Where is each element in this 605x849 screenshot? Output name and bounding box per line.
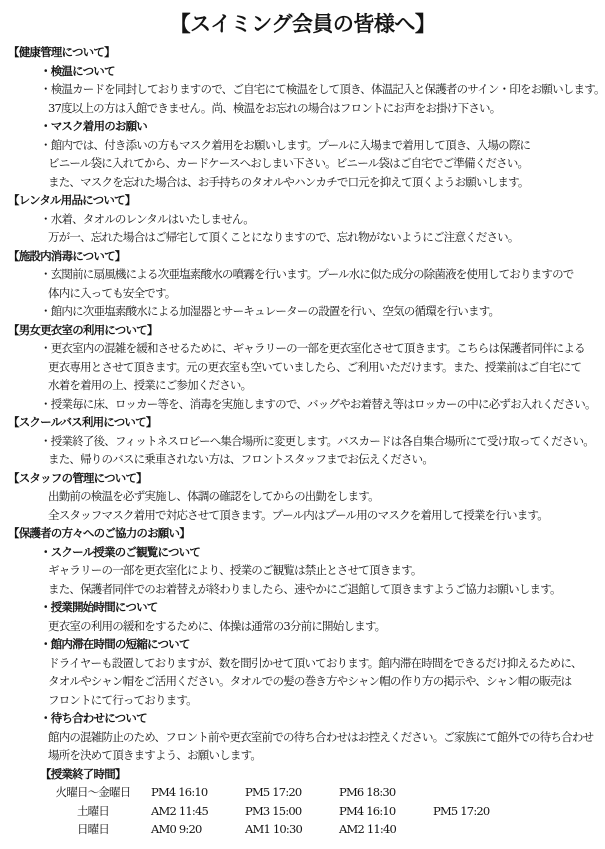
schedule-time bbox=[433, 783, 527, 802]
section-heading: 【スクールバス利用について】 bbox=[8, 413, 601, 432]
text-line: ・館内では、付き添いの方もマスク着用をお願いします。プールに入場まで着用して頂き… bbox=[40, 136, 601, 155]
topic-line: ・検温について bbox=[40, 62, 601, 81]
schedule-day: 土曜日 bbox=[35, 802, 151, 821]
schedule-time: PM5 17:20 bbox=[245, 783, 339, 802]
schedule-time bbox=[433, 820, 527, 839]
schedule-time: AM0 9:20 bbox=[151, 820, 245, 839]
page-title: 【スイミング会員の皆様へ】 bbox=[0, 0, 605, 37]
section: 【健康管理について】・検温について・検温カードを同封しておりますので、ご自宅にて… bbox=[8, 43, 601, 191]
section-heading: 【施設内消毒について】 bbox=[8, 247, 601, 266]
text-line: ・水着、タオルのレンタルはいたしません。 bbox=[40, 210, 601, 229]
section-heading: 【スタッフの管理について】 bbox=[8, 469, 601, 488]
topic-line: ・マスク着用のお願い bbox=[40, 117, 601, 136]
schedule-day: 日曜日 bbox=[35, 820, 151, 839]
document-page: 【スイミング会員の皆様へ】 【健康管理について】・検温について・検温カードを同封… bbox=[0, 0, 605, 849]
section: 【男女更衣室の利用について】・更衣室内の混雑を緩和させるために、ギャラリーの一部… bbox=[8, 321, 601, 414]
section: 【レンタル用品について】・水着、タオルのレンタルはいたしません。万が一、忘れた場… bbox=[8, 191, 601, 247]
schedule-time: PM4 16:10 bbox=[339, 802, 433, 821]
text-line: ・館内に次亜塩素酸水による加湿器とサーキュレーターの設置を行い、空気の循環を行い… bbox=[40, 302, 601, 321]
text-line: タオルやシャン帽をご活用ください。タオルでの髪の巻き方やシャン帽の作り方の掲示や… bbox=[48, 672, 601, 691]
text-line: ・玄関前に扇風機による次亜塩素酸水の噴霧を行います。プール水に似た成分の除菌液を… bbox=[40, 265, 601, 284]
topic-line: ・授業開始時間について bbox=[40, 598, 601, 617]
topic-line: ・館内滞在時間の短縮について bbox=[40, 635, 601, 654]
text-line: 館内の混雑防止のため、フロント前や更衣室前での待ち合わせはお控えください。ご家族… bbox=[48, 728, 601, 747]
section-heading: 【健康管理について】 bbox=[8, 43, 601, 62]
text-line: 更衣室の利用の緩和をするために、体操は通常の3分前に開始します。 bbox=[48, 617, 601, 636]
text-line: また、マスクを忘れた場合は、お手持ちのタオルやハンカチで口元を抑えて頂くようお願… bbox=[48, 173, 601, 192]
schedule-time: PM5 17:20 bbox=[433, 802, 527, 821]
text-line: ドライヤーも設置しておりますが、数を間引かせて頂いております。館内滞在時間をでき… bbox=[48, 654, 601, 673]
section: 【スクールバス利用について】・授業終了後、フィットネスロビーへ集合場所に変更しま… bbox=[8, 413, 601, 469]
text-line: 体内に入っても安全です。 bbox=[48, 284, 601, 303]
topic-line: ・スクール授業のご観覧について bbox=[40, 543, 601, 562]
text-line: 37度以上の方は入館できません。尚、検温をお忘れの場合はフロントにお声をお掛け下… bbox=[48, 99, 601, 118]
text-line: 出勤前の検温を必ず実施し、体調の確認をしてからの出勤をします。 bbox=[48, 487, 601, 506]
text-line: ・授業毎に床、ロッカー等を、消毒を実施しますので、バッグやお着替え等はロッカーの… bbox=[40, 395, 601, 414]
document-body: 【健康管理について】・検温について・検温カードを同封しておりますので、ご自宅にて… bbox=[0, 37, 605, 839]
schedule-day: 火曜日～金曜日 bbox=[35, 783, 151, 802]
schedule-time: PM3 15:00 bbox=[245, 802, 339, 821]
text-line: 水着を着用の上、授業にご参加ください。 bbox=[48, 376, 601, 395]
schedule-row: 土曜日AM2 11:45PM3 15:00PM4 16:10PM5 17:20 bbox=[35, 802, 601, 821]
schedule-time: PM6 18:30 bbox=[339, 783, 433, 802]
text-line: 場所を決めて頂きますよう、お願いします。 bbox=[48, 746, 601, 765]
schedule-heading: 【授業終了時間】 bbox=[40, 765, 601, 784]
schedule-table: 火曜日～金曜日PM4 16:10PM5 17:20PM6 18:30土曜日AM2… bbox=[8, 783, 601, 839]
schedule-time: AM1 10:30 bbox=[245, 820, 339, 839]
text-line: また、帰りのバスに乗車されない方は、フロントスタッフまでお伝えください。 bbox=[48, 450, 601, 469]
schedule-time: PM4 16:10 bbox=[151, 783, 245, 802]
text-line: ・授業終了後、フィットネスロビーへ集合場所に変更します。バスカードは各自集合場所… bbox=[40, 432, 601, 451]
text-line: ・更衣室内の混雑を緩和させるために、ギャラリーの一部を更衣室化させて頂きます。こ… bbox=[40, 339, 601, 358]
text-line: 更衣専用とさせて頂きます。元の更衣室も空いていましたら、ご利用いただけます。また… bbox=[48, 358, 601, 377]
text-line: ギャラリーの一部を更衣室化により、授業のご観覧は禁止とさせて頂きます。 bbox=[48, 561, 601, 580]
text-line: ビニール袋に入れてから、カードケースへおしまい下さい。ビニール袋はご自宅でご準備… bbox=[48, 154, 601, 173]
section: 【保護者の方々へのご協力のお願い】・スクール授業のご観覧についてギャラリーの一部… bbox=[8, 524, 601, 765]
section: 【スタッフの管理について】出勤前の検温を必ず実施し、体調の確認をしてからの出勤を… bbox=[8, 469, 601, 525]
text-line: 万が一、忘れた場合はご帰宅して頂くことになりますので、忘れ物がないようにご注意く… bbox=[48, 228, 601, 247]
schedule-time: AM2 11:40 bbox=[339, 820, 433, 839]
section-heading: 【レンタル用品について】 bbox=[8, 191, 601, 210]
schedule-row: 日曜日AM0 9:20AM1 10:30AM2 11:40 bbox=[35, 820, 601, 839]
section-heading: 【男女更衣室の利用について】 bbox=[8, 321, 601, 340]
section: 【施設内消毒について】・玄関前に扇風機による次亜塩素酸水の噴霧を行います。プール… bbox=[8, 247, 601, 321]
text-line: 全スタッフマスク着用で対応させて頂きます。プール内はプール用のマスクを着用して授… bbox=[48, 506, 601, 525]
schedule-row: 火曜日～金曜日PM4 16:10PM5 17:20PM6 18:30 bbox=[35, 783, 601, 802]
section-heading: 【保護者の方々へのご協力のお願い】 bbox=[8, 524, 601, 543]
sections-container: 【健康管理について】・検温について・検温カードを同封しておりますので、ご自宅にて… bbox=[8, 43, 601, 765]
text-line: フロントにて行っております。 bbox=[48, 691, 601, 710]
topic-line: ・待ち合わせについて bbox=[40, 709, 601, 728]
text-line: ・検温カードを同封しておりますので、ご自宅にて検温をして頂き、体温記入と保護者の… bbox=[40, 80, 601, 99]
schedule-time: AM2 11:45 bbox=[151, 802, 245, 821]
text-line: また、保護者同伴でのお着替えが終わりましたら、速やかにご退館して頂きますようご協… bbox=[48, 580, 601, 599]
